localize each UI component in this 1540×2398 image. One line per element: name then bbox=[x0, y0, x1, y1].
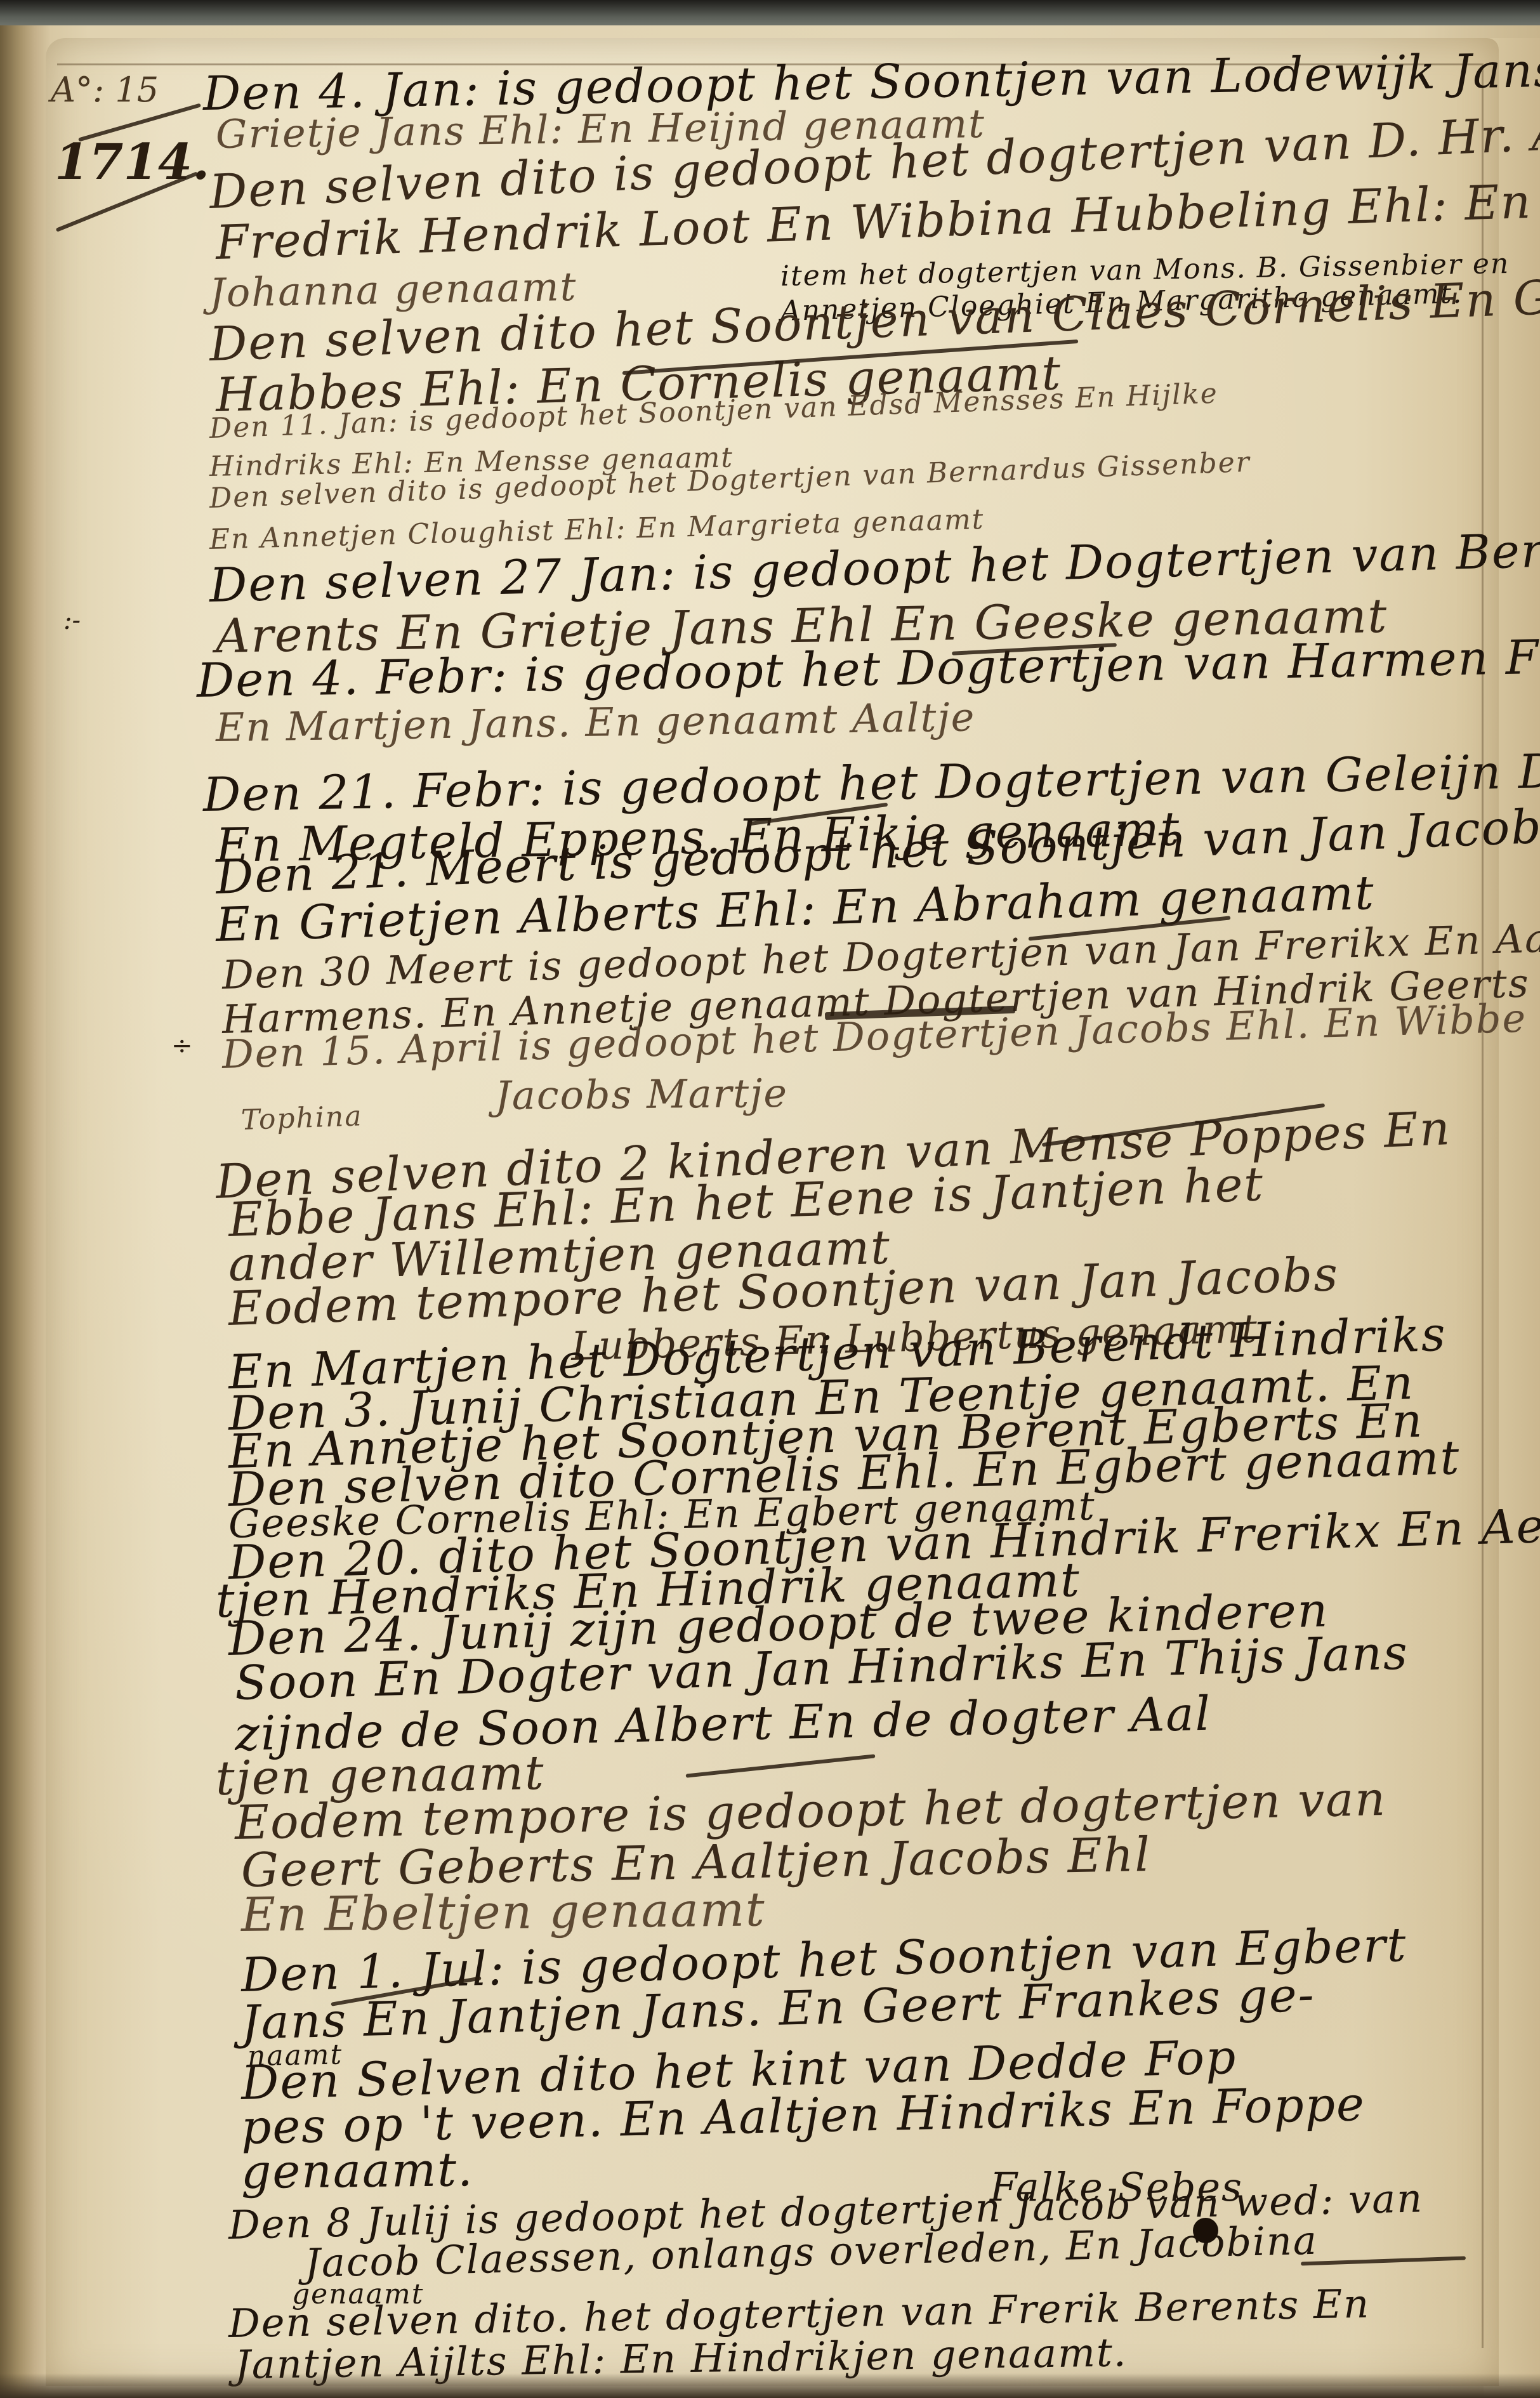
margin-mark-1: :- bbox=[63, 606, 81, 635]
margin-year-prefix: A°: 15 bbox=[51, 70, 159, 110]
margin-mark-2: ÷ bbox=[171, 1031, 193, 1060]
entry-line: En Ebeltjen genaamt bbox=[241, 1882, 767, 1942]
entry-line: Tophina bbox=[240, 1100, 363, 1136]
ink-blot bbox=[1193, 2218, 1218, 2243]
margin-year: 1714. bbox=[55, 133, 209, 191]
entry-line: Jacobs Martje bbox=[495, 1070, 789, 1119]
page-bottom-edge bbox=[0, 2373, 1540, 2398]
entry-line: genaamt. bbox=[241, 2142, 474, 2199]
page-border-right bbox=[1482, 63, 1484, 2348]
